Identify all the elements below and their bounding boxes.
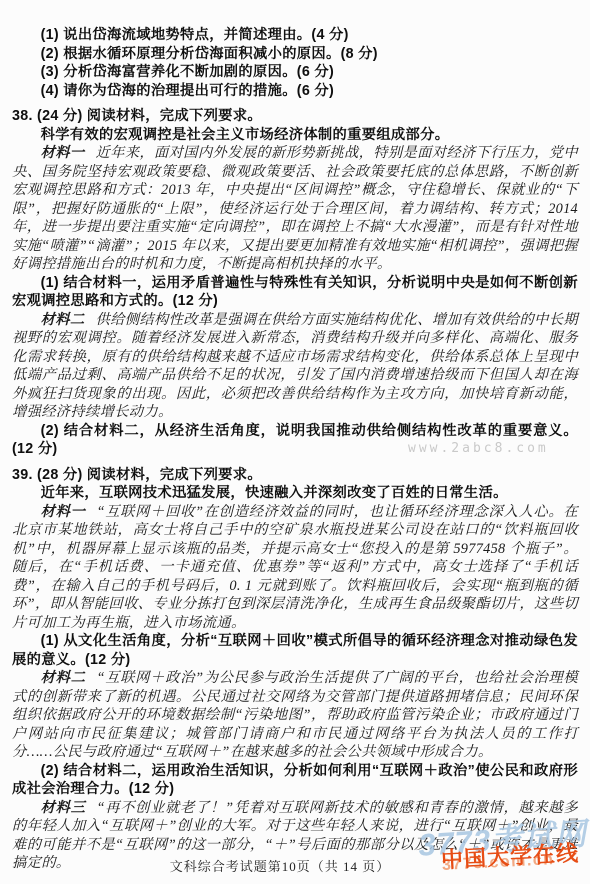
question-39-material-2: 材料二“互联网＋政治”为公民参与政治生活提供了广阔的平台，也给社会治理模式的创新…	[12, 669, 578, 762]
question-37-item-1: (1) 说出岱海流域地势特点，并简述理由。(4 分)	[12, 26, 578, 45]
question-38-material-2: 材料二供给侧结构性改革是强调在供给方面实施结构优化、增加有效供给的中长期视野的宏…	[12, 311, 578, 422]
material-2-text: 供给侧结构性改革是强调在供给方面实施结构优化、增加有效供给的中长期视野的宏观调控…	[12, 312, 578, 421]
question-39-material-1: 材料一“互联网＋回收”在创造经济效益的同时，也让循环经济理念深入人心。在北京市某…	[12, 503, 578, 633]
exam-paper-page: (1) 说出岱海流域地势特点，并简述理由。(4 分) (2) 根据水循环原理分析…	[0, 0, 590, 884]
question-39-intro: 近年来，互联网技术迅猛发展，快速融入并深刻改变了百姓的日常生活。	[12, 484, 578, 503]
question-39-subquestion-1: (1) 从文化生活角度，分析“互联网＋回收”模式所倡导的循环经济理念对推动绿色发…	[12, 632, 578, 669]
material-3-label: 材料三	[41, 800, 86, 816]
question-37-item-3: (3) 分析岱海富营养化不断加剧的原因。(6 分)	[12, 63, 578, 82]
question-38-subquestion-1: (1) 结合材料一，运用矛盾普遍性与特殊性有关知识，分析说明中央是如何不断创新宏…	[12, 274, 578, 311]
material-2-label: 材料二	[41, 670, 86, 686]
watermark-2abc8: www.2abc8.com	[408, 441, 549, 456]
question-38-material-1: 材料一近年来，面对国内外发展的新形势新挑战，特别是面对经济下行压力，党中央、国务…	[12, 144, 578, 274]
question-37-item-4: (4) 请你为岱海的治理提出可行的措施。(6 分)	[12, 82, 578, 101]
question-39-subquestion-2: (2) 结合材料二，运用政治生活知识，分析如何利用“互联网＋政治”使公民和政府形…	[12, 762, 578, 799]
material-1-label: 材料一	[41, 504, 86, 520]
question-37-item-2: (2) 根据水循环原理分析岱海面积减小的原因。(8 分)	[12, 45, 578, 64]
question-39-header: 39. (28 分) 阅读材料，完成下列要求。	[12, 466, 578, 485]
material-2-text: “互联网＋政治”为公民参与政治生活提供了广阔的平台，也给社会治理模式的创新带来了…	[12, 670, 578, 760]
question-38-intro: 科学有效的宏观调控是社会主义市场经济体制的重要组成部分。	[12, 126, 578, 145]
material-2-label: 材料二	[41, 312, 85, 328]
question-38-header: 38. (24 分) 阅读材料，完成下列要求。	[12, 107, 578, 126]
material-1-text: “互联网＋回收”在创造经济效益的同时，也让循环经济理念深入人心。在北京市某地铁站…	[12, 504, 578, 631]
material-1-label: 材料一	[41, 145, 85, 161]
material-1-text: 近年来，面对国内外发展的新形势新挑战，特别是面对经济下行压力，党中央、国务院坚持…	[12, 145, 578, 272]
